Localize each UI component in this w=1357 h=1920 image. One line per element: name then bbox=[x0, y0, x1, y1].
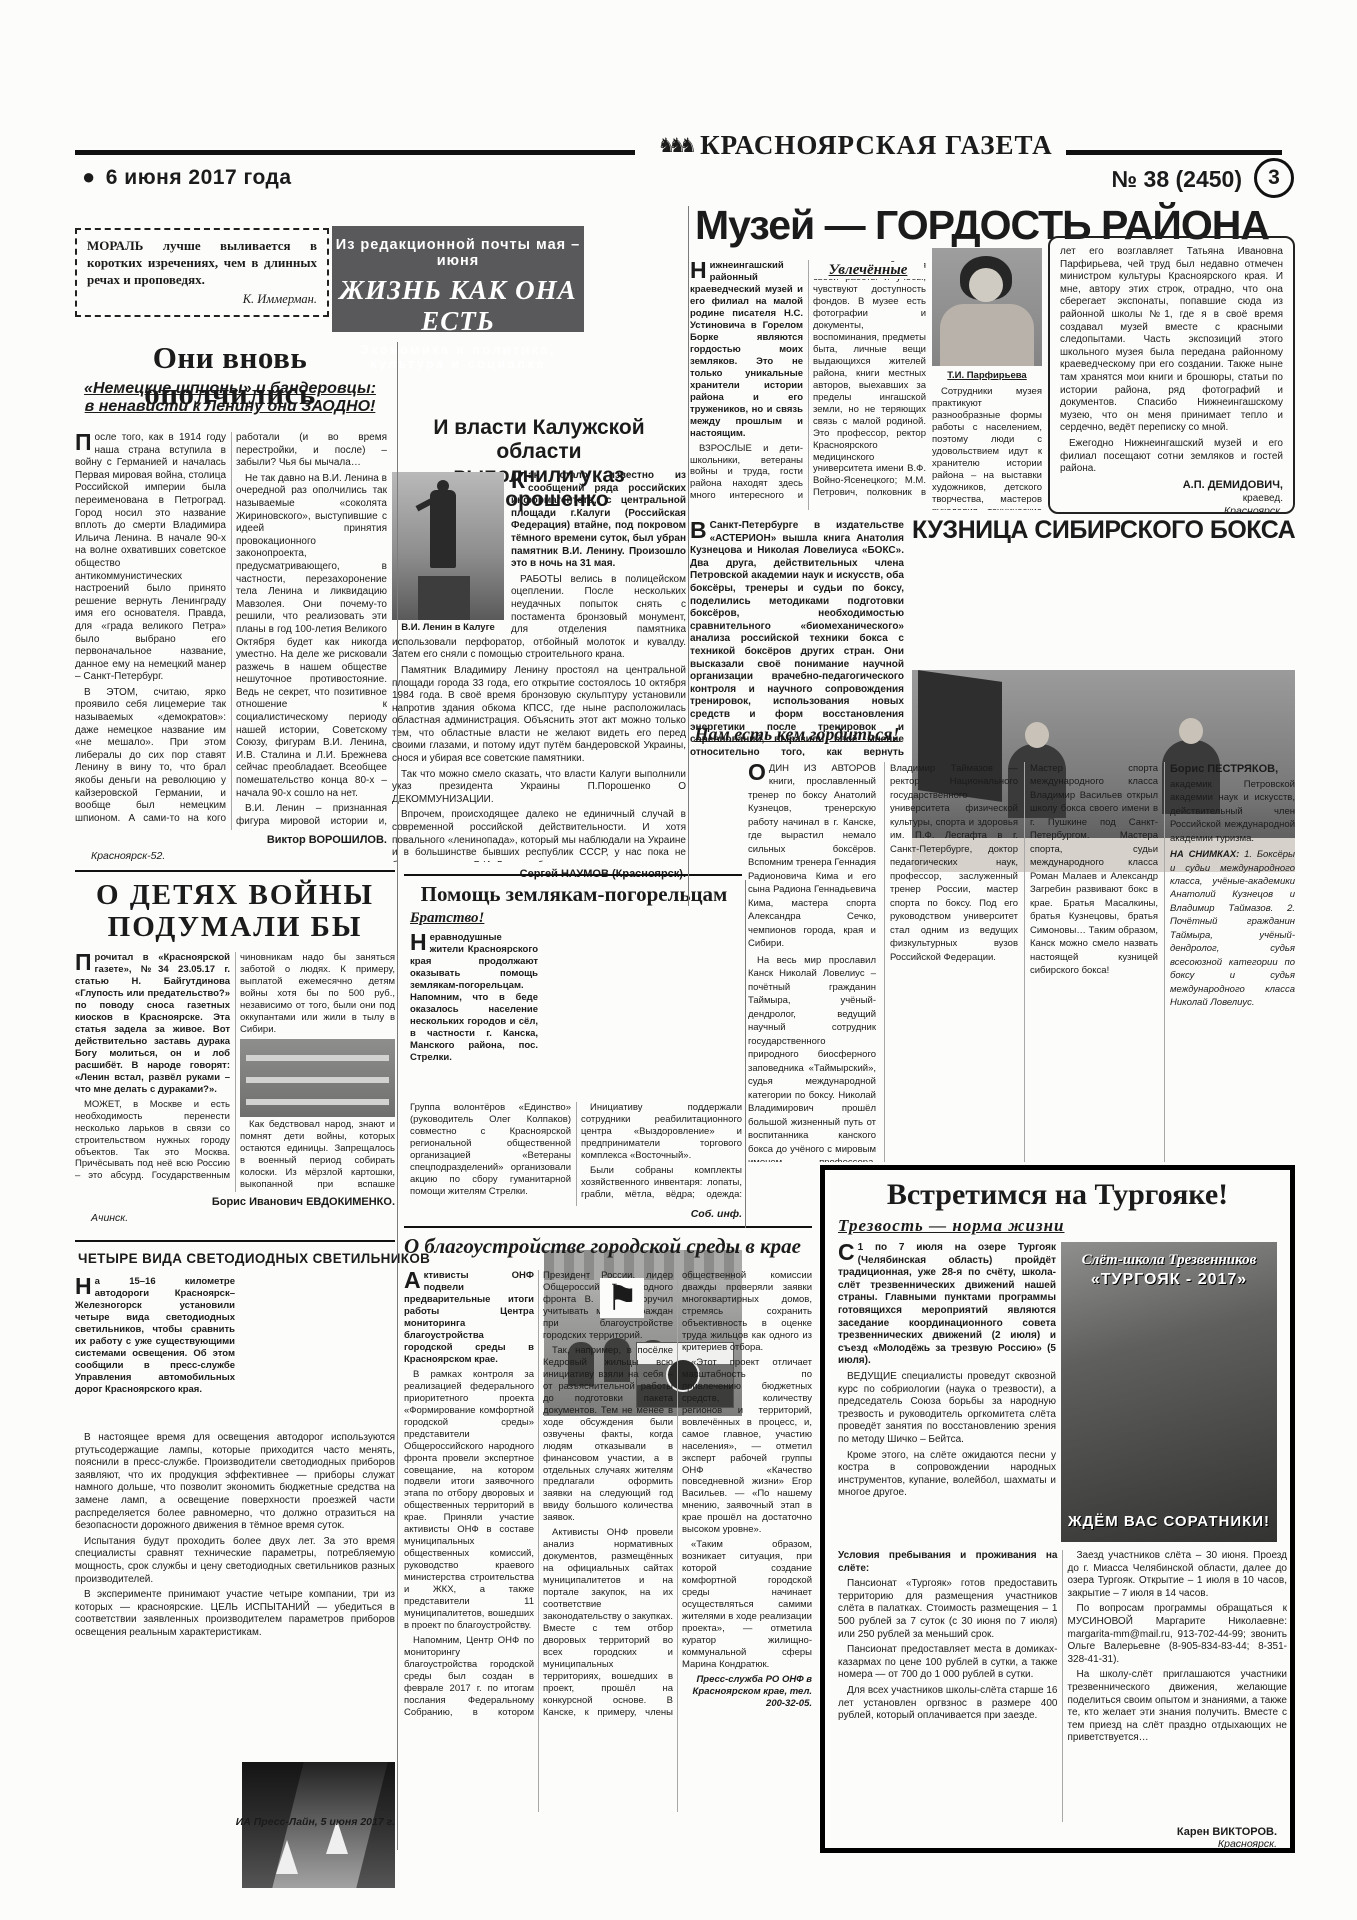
photo-lenin-statue bbox=[392, 472, 504, 620]
column-divider bbox=[745, 880, 746, 1228]
svet-body: В настоящее время для освещения автодоро… bbox=[75, 1432, 395, 1810]
boxing-author-role: академик Петровской академии наук и иску… bbox=[1170, 778, 1295, 845]
opolchilis-author: Виктор ВОРОШИЛОВ. bbox=[75, 834, 387, 846]
svet-headline: ЧЕТЫРЕ ВИДА СВЕТОДИОДНЫХ СВЕТИЛЬНИКОВ bbox=[78, 1250, 385, 1266]
shelf-line bbox=[246, 1055, 389, 1061]
portrait-face bbox=[969, 268, 1003, 302]
pomosh-headline: Помощь землякам-погорельцам bbox=[406, 882, 742, 907]
paragraph: Впрочем, происходящее далеко не единичны… bbox=[392, 809, 686, 862]
paragraph: По вопросам программы обращаться к МУСИН… bbox=[1068, 1603, 1288, 1666]
paragraph: Ежегодно Нижнеингашский музей и его фили… bbox=[1060, 438, 1283, 476]
paragraph: Пансионат «Тургояк» готов предоставить т… bbox=[838, 1578, 1058, 1641]
onf-body: Активисты ОНФ подвели предварительные ит… bbox=[404, 1270, 812, 1812]
paragraph: Заезд участников слёта – 30 июня. Проезд… bbox=[1068, 1550, 1288, 1600]
musey-body-left: Нижнеингашский районный краеведческий му… bbox=[690, 260, 926, 510]
pomosh-lead-col: Неравнодушные жители Красноярского края … bbox=[410, 932, 538, 1096]
boxing-column-1: ОДИН ИЗ АВТОРОВ книги, прославленный тре… bbox=[748, 762, 876, 1162]
boxing-column-4: Борис ПЕСТРЯКОВ, академик Петровской ака… bbox=[1170, 762, 1295, 1162]
deti-body: Прочитал в «Красноярской газете», №34 23… bbox=[75, 952, 395, 1192]
paragraph: На весь мир прославил Канск Николай Лове… bbox=[748, 954, 876, 1162]
column-rule bbox=[884, 762, 885, 1162]
paragraph: Инициативу поддержали сотрудники реабили… bbox=[581, 1102, 742, 1162]
moral-quote-text: МОРАЛЬ лучше выливается в коротких изреч… bbox=[87, 238, 317, 289]
banner-line2: ЖИЗНЬ КАК ОНА ЕСТЬ bbox=[332, 275, 584, 337]
opolchilis-subtitle-line2: в ненависти к Ленину они ЗАОДНО! bbox=[72, 398, 388, 416]
paragraph: В рамках контроля за реализацией федерал… bbox=[404, 1369, 534, 1632]
portrait-body bbox=[940, 304, 1034, 366]
pomosh-author: Соб. инф. bbox=[410, 1208, 742, 1220]
poster-line1: Слёт-школа Трезвенников bbox=[1067, 1252, 1271, 1269]
paragraph: В эксперименте принимают участие четыре … bbox=[75, 1589, 395, 1639]
paragraph: После того, как в 1914 году наша страна … bbox=[75, 432, 226, 684]
turgoyak-box: Встретимся на Тургояке! Трезвость — норм… bbox=[820, 1165, 1295, 1853]
paragraph: «Таким образом, возникает ситуация, при … bbox=[682, 1539, 812, 1671]
paragraph: Мастер спорта международного класса Влад… bbox=[1030, 762, 1158, 978]
moral-quote-box: МОРАЛЬ лучше выливается в коротких изреч… bbox=[75, 228, 329, 317]
paragraph: Кроме этого, на слёте ожидаются песни у … bbox=[838, 1450, 1056, 1500]
opolchilis-subtitle-line1: «Немецкие шпионы» и бандеровцы: bbox=[72, 380, 388, 398]
deti-headline-line2: ПОДУМАЛИ БЫ bbox=[75, 912, 395, 944]
issue-number: № 38 (2450) bbox=[1066, 166, 1242, 193]
boxing-headline: КУЗНИЦА СИБИРСКОГО БОКСА bbox=[912, 516, 1295, 545]
paragraph: лет его возглавляет Татьяна Ивановна Пар… bbox=[1060, 246, 1283, 435]
na-snimkah-text: 1. Боксёры и судьи международного класса… bbox=[1170, 849, 1295, 1008]
svet-source: ИА Пресс-Лайн, 5 июня 2017 г. bbox=[75, 1816, 395, 1828]
banner-line1: Из редакционной почты мая – июня bbox=[332, 237, 584, 269]
poster-turgoyak: Слёт-школа Трезвенников «ТУРГОЯК - 2017»… bbox=[1061, 1242, 1277, 1542]
statue-pedestal bbox=[418, 576, 470, 620]
kaluga-photo-block: В.И. Ленин в Калуге bbox=[392, 472, 504, 634]
paragraph: «Этот проект отличает масштабность по пр… bbox=[682, 1357, 812, 1537]
boxing-subhead: Нам есть кем гордиться! bbox=[690, 724, 904, 745]
photo-deti-monument bbox=[240, 1039, 395, 1117]
paragraph: На 15–16 километре автодороги Красноярск… bbox=[75, 1276, 235, 1396]
paragraph: Нижнеингашский районный краеведческий му… bbox=[690, 260, 803, 440]
boxing-column-2: Владимир Таймазов — ректор Национального… bbox=[890, 762, 1018, 1162]
header-rule-right bbox=[1066, 150, 1282, 155]
traffic-cone bbox=[276, 1840, 298, 1874]
boxing-author: Борис ПЕСТРЯКОВ, bbox=[1170, 762, 1295, 778]
newspaper-page: ♞♞♞КРАСНОЯРСКАЯ ГАЗЕТА ●6 июня 2017 года… bbox=[0, 0, 1357, 1920]
shelf-line bbox=[246, 1099, 389, 1105]
boxing-column-3: Мастер спорта международного класса Влад… bbox=[1030, 762, 1158, 1162]
poster-line3: ЖДЁМ ВАС СОРАТНИКИ! bbox=[1061, 1513, 1277, 1530]
boxing-body: ОДИН ИЗ АВТОРОВ книги, прославленный тре… bbox=[748, 762, 1295, 1162]
section-rule bbox=[75, 1240, 395, 1242]
paragraph: Так что можно смело сказать, что власти … bbox=[392, 769, 686, 807]
photo-parfirieva bbox=[932, 248, 1042, 366]
paragraph: Неравнодушные жители Красноярского края … bbox=[410, 932, 538, 1064]
section-rule bbox=[75, 870, 395, 872]
paragraph: Группа волонтёров «Единство» (руководите… bbox=[410, 1102, 571, 1198]
paragraph: Прочитал в «Красноярской газете», №34 23… bbox=[75, 952, 230, 1096]
onf-headline: О благоустройстве городской среды в крае bbox=[404, 1234, 801, 1259]
paragraph: В настоящее время для освещения автодоро… bbox=[75, 1432, 395, 1533]
paragraph: ВЕДУЩИЕ специалисты проведут сквозной ку… bbox=[838, 1371, 1056, 1447]
pomosh-rubric: Братство! bbox=[410, 910, 484, 927]
turgoyak-top-row: С 1 по 7 июля на озере Тургояк (Челябинс… bbox=[838, 1242, 1277, 1542]
onf-flag-icon: ⚑ bbox=[600, 1278, 644, 1318]
turgoyak-author: Карен ВИКТОРОВ. bbox=[838, 1826, 1277, 1838]
paragraph: Не так давно на В.И. Ленина в очередной … bbox=[236, 473, 387, 800]
deti-headline-line1: О ДЕТЯХ ВОЙНЫ bbox=[75, 880, 395, 912]
onf-source: Пресс-служба РО ОНФ в Красноярском крае,… bbox=[682, 1674, 812, 1710]
paragraph: Условия пребывания и проживания на слёте… bbox=[838, 1550, 1058, 1575]
shelf-line bbox=[246, 1077, 389, 1083]
turgoyak-author-city: Красноярск. bbox=[838, 1838, 1277, 1850]
musey-author-city: Красноярск. bbox=[1060, 505, 1283, 514]
turgoyak-headline: Встретимся на Тургояке! bbox=[838, 1178, 1277, 1212]
paragraph: На школу-слёт приглашаются участники тре… bbox=[1068, 1669, 1288, 1745]
lenin-statue-silhouette bbox=[430, 490, 456, 568]
paragraph: Так, например, в посёлке Кедровый жильцы… bbox=[543, 1345, 673, 1525]
paragraph: В Санкт-Петербурге в издательстве «АСТЕР… bbox=[690, 520, 904, 756]
moral-quote-author: К. Иммерман. bbox=[87, 291, 317, 307]
rubric-banner: Из редакционной почты мая – июня ЖИЗНЬ К… bbox=[332, 226, 584, 332]
opolchilis-body: После того, как в 1914 году наша страна … bbox=[75, 432, 387, 830]
masthead-title: КРАСНОЯРСКАЯ ГАЗЕТА bbox=[700, 130, 1053, 160]
musey-body-col3: Сотрудники музея практикуют разнообразны… bbox=[932, 386, 1042, 510]
kaluga-headline-line1: И власти Калужской области bbox=[392, 416, 686, 464]
column-divider bbox=[688, 206, 689, 906]
paragraph: Испытания будут проходить более двух лет… bbox=[75, 1536, 395, 1586]
musey-boxed-column: лет его возглавляет Татьяна Ивановна Пар… bbox=[1048, 236, 1295, 514]
paragraph: Сотрудники музея практикуют разнообразны… bbox=[932, 386, 1042, 510]
musey-author-role: краевед. bbox=[1060, 493, 1283, 506]
na-snimkah-label: НА СНИМКАХ: bbox=[1170, 849, 1239, 860]
pomosh-body: Группа волонтёров «Единство» (руководите… bbox=[410, 1102, 742, 1206]
paragraph: С 1 по 7 июля на озере Тургояк (Челябинс… bbox=[838, 1242, 1056, 1368]
musey-author: А.П. ДЕМИДОВИЧ, bbox=[1060, 479, 1283, 493]
paragraph: Владимир Таймазов — ректор Национального… bbox=[890, 762, 1018, 964]
paragraph: Памятник Владимиру Ленину простоял на це… bbox=[392, 665, 686, 766]
page-number-badge: 3 bbox=[1254, 158, 1294, 198]
boxing-intro: В Санкт-Петербурге в издательстве «АСТЕР… bbox=[690, 520, 904, 756]
poster-line2: «ТУРГОЯК - 2017» bbox=[1067, 1271, 1271, 1289]
turgoyak-body: Условия пребывания и проживания на слёте… bbox=[838, 1550, 1287, 1822]
bullet-icon: ● bbox=[82, 164, 96, 189]
opolchilis-author-city: Красноярск-52. bbox=[75, 850, 403, 862]
section-rule bbox=[404, 1226, 812, 1228]
masthead: ♞♞♞КРАСНОЯРСКАЯ ГАЗЕТА bbox=[655, 130, 1055, 161]
column-divider bbox=[397, 342, 398, 1850]
boxing-photo-note: НА СНИМКАХ: 1. Боксёры и судьи междунаро… bbox=[1170, 848, 1295, 1010]
musey-rubric: Увлечённые bbox=[812, 262, 924, 279]
paragraph: ОДИН ИЗ АВТОРОВ книги, прославленный тре… bbox=[748, 762, 876, 951]
deti-author: Борис Иванович ЕВДОКИМЕНКО. bbox=[75, 1196, 395, 1208]
musey-photo-caption: Т.И. Парфирьева bbox=[932, 370, 1042, 381]
deti-headline: О ДЕТЯХ ВОЙНЫ ПОДУМАЛИ БЫ bbox=[75, 880, 395, 944]
paragraph: Пансионат предоставляет места в домиках-… bbox=[838, 1644, 1058, 1682]
header-rule-left bbox=[75, 150, 635, 155]
paragraph: Для всех участников школы-слёта старше 1… bbox=[838, 1685, 1058, 1723]
opolchilis-subtitle: «Немецкие шпионы» и бандеровцы: в ненави… bbox=[72, 380, 388, 416]
section-rule bbox=[404, 874, 742, 876]
issue-date: ●6 июня 2017 года bbox=[82, 164, 292, 190]
column-rule bbox=[1164, 762, 1165, 1162]
masthead-horses-icon: ♞♞♞ bbox=[657, 135, 690, 157]
kaluga-body: В.И. Ленин в Калуге Как стало известно и… bbox=[392, 470, 686, 862]
turgoyak-lead-col: С 1 по 7 июля на озере Тургояк (Челябинс… bbox=[838, 1242, 1056, 1542]
turgoyak-rubric: Трезвость — норма жизни bbox=[838, 1216, 1277, 1236]
kaluga-photo-caption: В.И. Ленин в Калуге bbox=[392, 622, 504, 634]
svet-lead-col: На 15–16 километре автодороги Красноярск… bbox=[75, 1276, 235, 1426]
column-rule bbox=[1024, 762, 1025, 1162]
paragraph: Активисты ОНФ подвели предварительные ит… bbox=[404, 1270, 534, 1366]
deti-author-city: Ачинск. bbox=[75, 1212, 411, 1224]
